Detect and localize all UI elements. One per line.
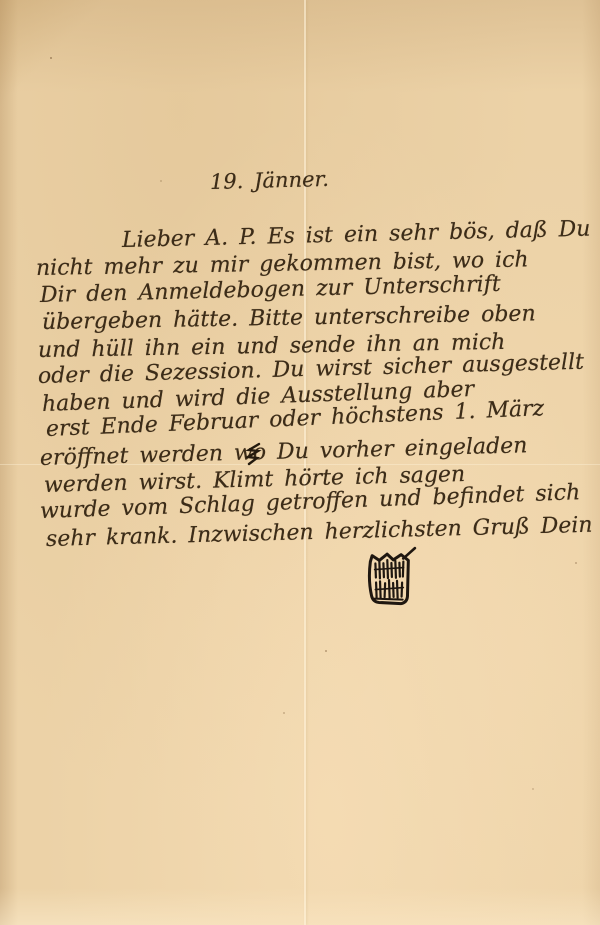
signature-stamp-icon [363,546,419,614]
paper-specks [50,57,52,59]
date-line: 19. Jänner. [210,167,329,194]
ink-scribble-correction [246,442,262,466]
letter-paper: 19. Jänner. Lieber A. P. Es ist ein sehr… [0,0,600,925]
